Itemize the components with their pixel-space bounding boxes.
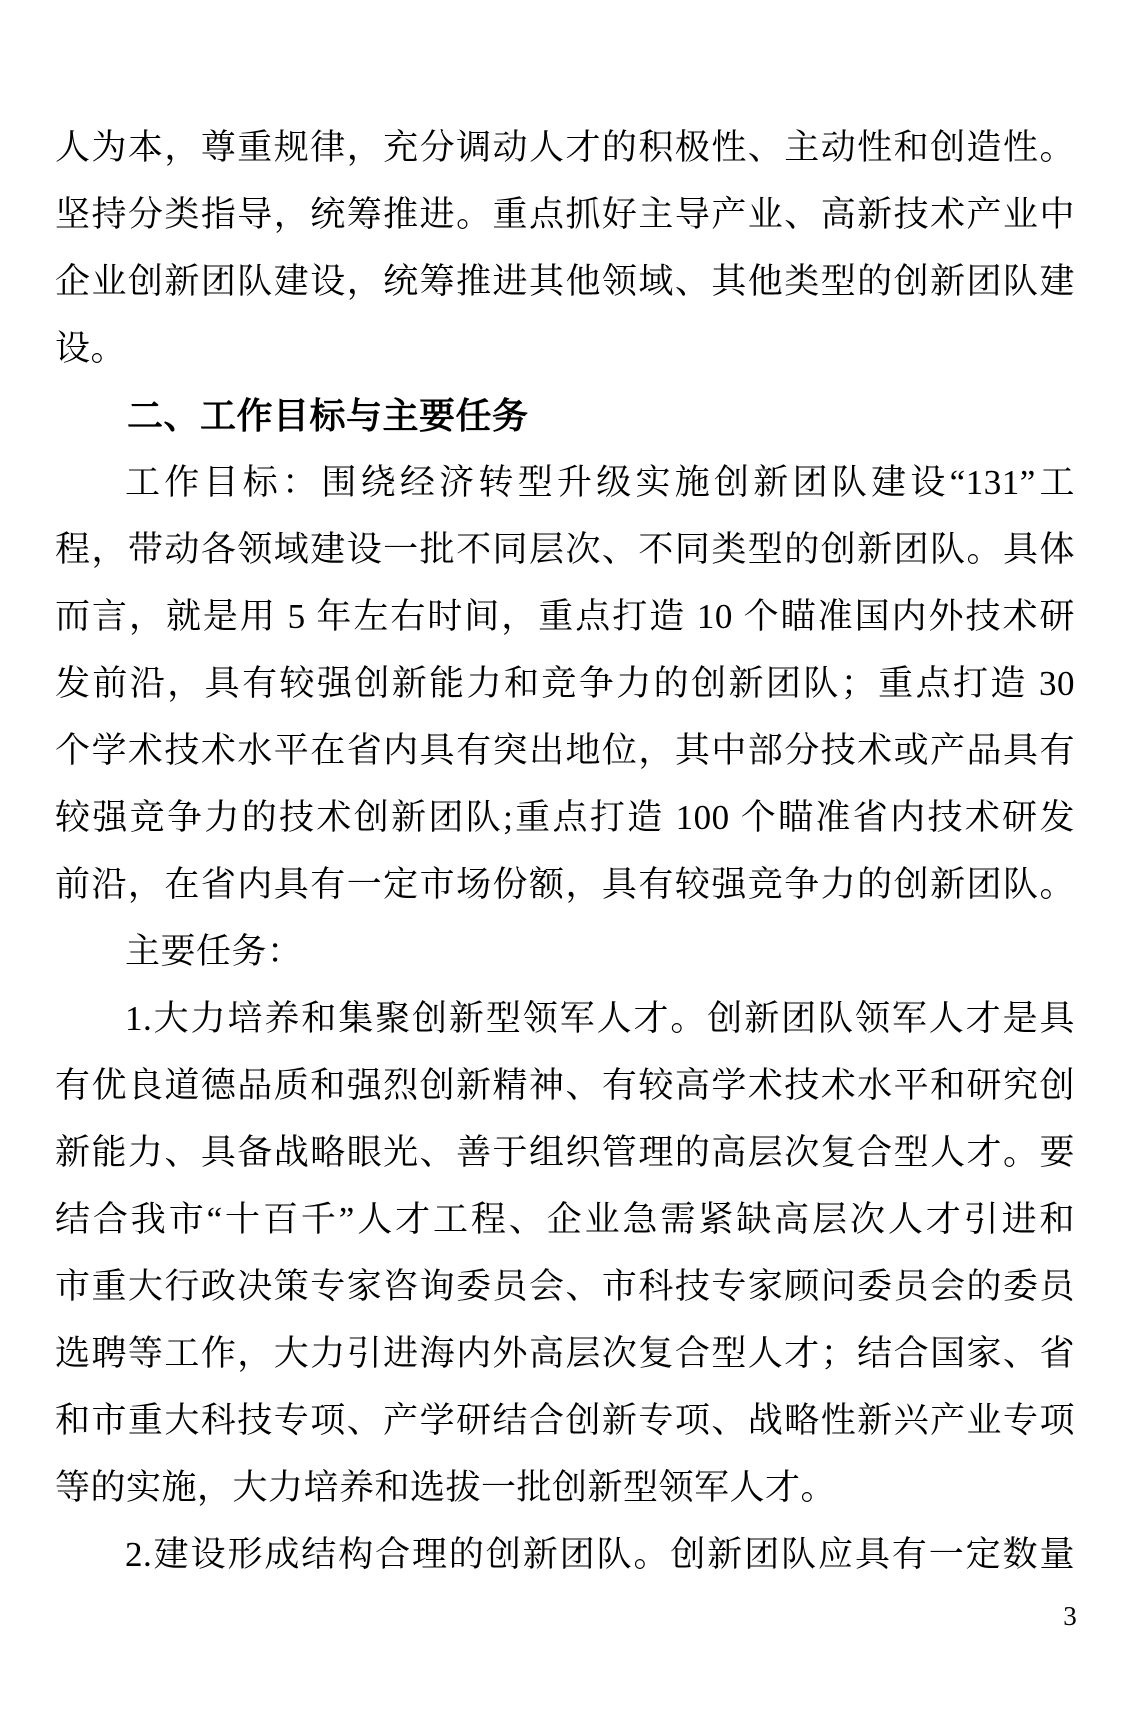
text-line: 较强竞争力的技术创新团队;重点打造 100 个瞄准省内技术研发: [55, 784, 1075, 851]
text-line: 新能力、具备战略眼光、善于组织管理的高层次复合型人才。要: [55, 1119, 1075, 1186]
text-line: 发前沿，具有较强创新能力和竞争力的创新团队；重点打造 30: [55, 650, 1075, 717]
text-line: 工作目标：围绕经济转型升级实施创新团队建设“131”工: [55, 449, 1075, 516]
page-number: 3: [1050, 1596, 1090, 1636]
text-line: 坚持分类指导，统筹推进。重点抓好主导产业、高新技术产业中: [55, 181, 1075, 248]
section-heading: 二、工作目标与主要任务: [55, 382, 1075, 449]
text-line: 而言，就是用 5 年左右时间，重点打造 10 个瞄准国内外技术研: [55, 583, 1075, 650]
text-line: 主要任务：: [55, 918, 1075, 985]
text-line: 设。: [55, 315, 1075, 382]
text-line: 等的实施，大力培养和选拔一批创新型领军人才。: [55, 1454, 1075, 1521]
text-line: 前沿，在省内具有一定市场份额，具有较强竞争力的创新团队。: [55, 851, 1075, 918]
text-line: 市重大行政决策专家咨询委员会、市科技专家顾问委员会的委员: [55, 1253, 1075, 1320]
document-page: 人为本，尊重规律，充分调动人才的积极性、主动性和创造性。 坚持分类指导，统筹推进…: [0, 0, 1148, 1713]
text-line: 选聘等工作，大力引进海内外高层次复合型人才；结合国家、省: [55, 1320, 1075, 1387]
text-line: 人为本，尊重规律，充分调动人才的积极性、主动性和创造性。: [55, 114, 1075, 181]
text-line: 结合我市“十百千”人才工程、企业急需紧缺高层次人才引进和: [55, 1186, 1075, 1253]
text-line: 2.建设形成结构合理的创新团队。创新团队应具有一定数量: [55, 1521, 1075, 1588]
text-line: 个学术技术水平在省内具有突出地位，其中部分技术或产品具有: [55, 717, 1075, 784]
text-line: 程，带动各领域建设一批不同层次、不同类型的创新团队。具体: [55, 516, 1075, 583]
text-line: 企业创新团队建设，统筹推进其他领域、其他类型的创新团队建: [55, 248, 1075, 315]
text-line: 有优良道德品质和强烈创新精神、有较高学术技术水平和研究创: [55, 1052, 1075, 1119]
document-body: 人为本，尊重规律，充分调动人才的积极性、主动性和创造性。 坚持分类指导，统筹推进…: [55, 114, 1075, 1588]
text-line: 和市重大科技专项、产学研结合创新专项、战略性新兴产业专项: [55, 1387, 1075, 1454]
text-line: 1.大力培养和集聚创新型领军人才。创新团队领军人才是具: [55, 985, 1075, 1052]
